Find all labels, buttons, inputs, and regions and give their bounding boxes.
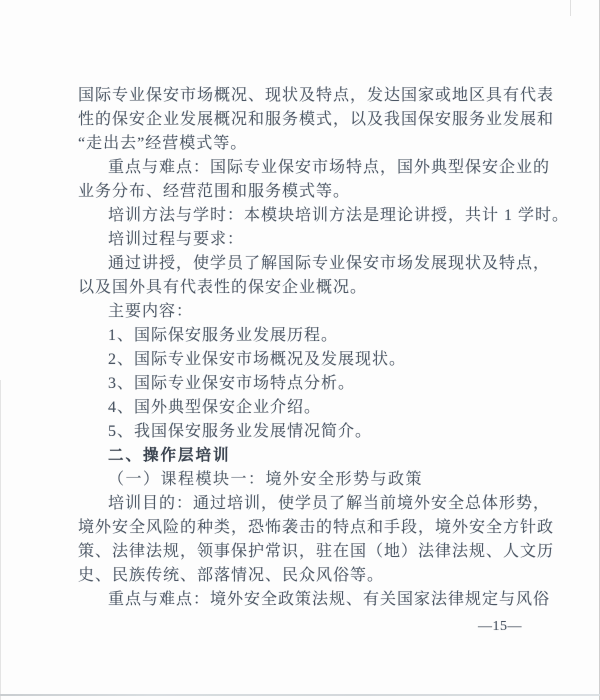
document-line: 主要内容： xyxy=(78,300,548,324)
document-line: 重点与难点：国际专业保安市场特点，国外典型保安企业的 xyxy=(78,156,548,180)
document-line: 性的保安企业发展概况和服务模式，以及我国保安服务业发展和 xyxy=(78,108,548,132)
list-item: 5、我国保安服务业发展情况简介。 xyxy=(78,420,548,444)
scan-edge-left xyxy=(0,380,1,700)
list-item: 4、国外典型保安企业介绍。 xyxy=(78,396,548,420)
document-line: 境外安全风险的种类，恐怖袭击的特点和手段，境外安全方针政 xyxy=(78,516,548,540)
document-line: 重点与难点：境外安全政策法规、有关国家法律规定与风俗 xyxy=(78,588,548,612)
document-body: 国际专业保安市场概况、现状及特点，发达国家或地区具有代表 性的保安企业发展概况和… xyxy=(78,84,548,612)
scan-edge-bottom xyxy=(0,694,600,696)
document-line: 通过讲授，使学员了解国际专业保安市场发展现状及特点， xyxy=(78,252,548,276)
subsection-heading: （一）课程模块一：境外安全形势与政策 xyxy=(78,468,548,492)
scan-artifact-line xyxy=(570,0,571,16)
scanned-document-page: 国际专业保安市场概况、现状及特点，发达国家或地区具有代表 性的保安企业发展概况和… xyxy=(0,0,600,700)
document-line: “走出去”经营模式等。 xyxy=(78,132,548,156)
document-line: 培训过程与要求： xyxy=(78,228,548,252)
document-line: 以及国外具有代表性的保安企业概况。 xyxy=(78,276,548,300)
document-line: 业务分布、经营范围和服务模式等。 xyxy=(78,180,548,204)
section-heading: 二、操作层培训 xyxy=(78,444,548,468)
list-item: 1、国际保安服务业发展历程。 xyxy=(78,324,548,348)
document-line: 培训方法与学时：本模块培训方法是理论讲授，共计 1 学时。 xyxy=(78,204,548,228)
document-line: 国际专业保安市场概况、现状及特点，发达国家或地区具有代表 xyxy=(78,84,548,108)
document-line: 史、民族传统、部落情况、民众风俗等。 xyxy=(78,564,548,588)
document-line: 策、法律法规，领事保护常识，驻在国（地）法律法规、人文历 xyxy=(78,540,548,564)
document-line: 培训目的：通过培训，使学员了解当前境外安全总体形势， xyxy=(78,492,548,516)
list-item: 3、国际专业保安市场特点分析。 xyxy=(78,372,548,396)
list-item: 2、国际专业保安市场概况及发展现状。 xyxy=(78,348,548,372)
page-number: —15— xyxy=(478,617,522,637)
